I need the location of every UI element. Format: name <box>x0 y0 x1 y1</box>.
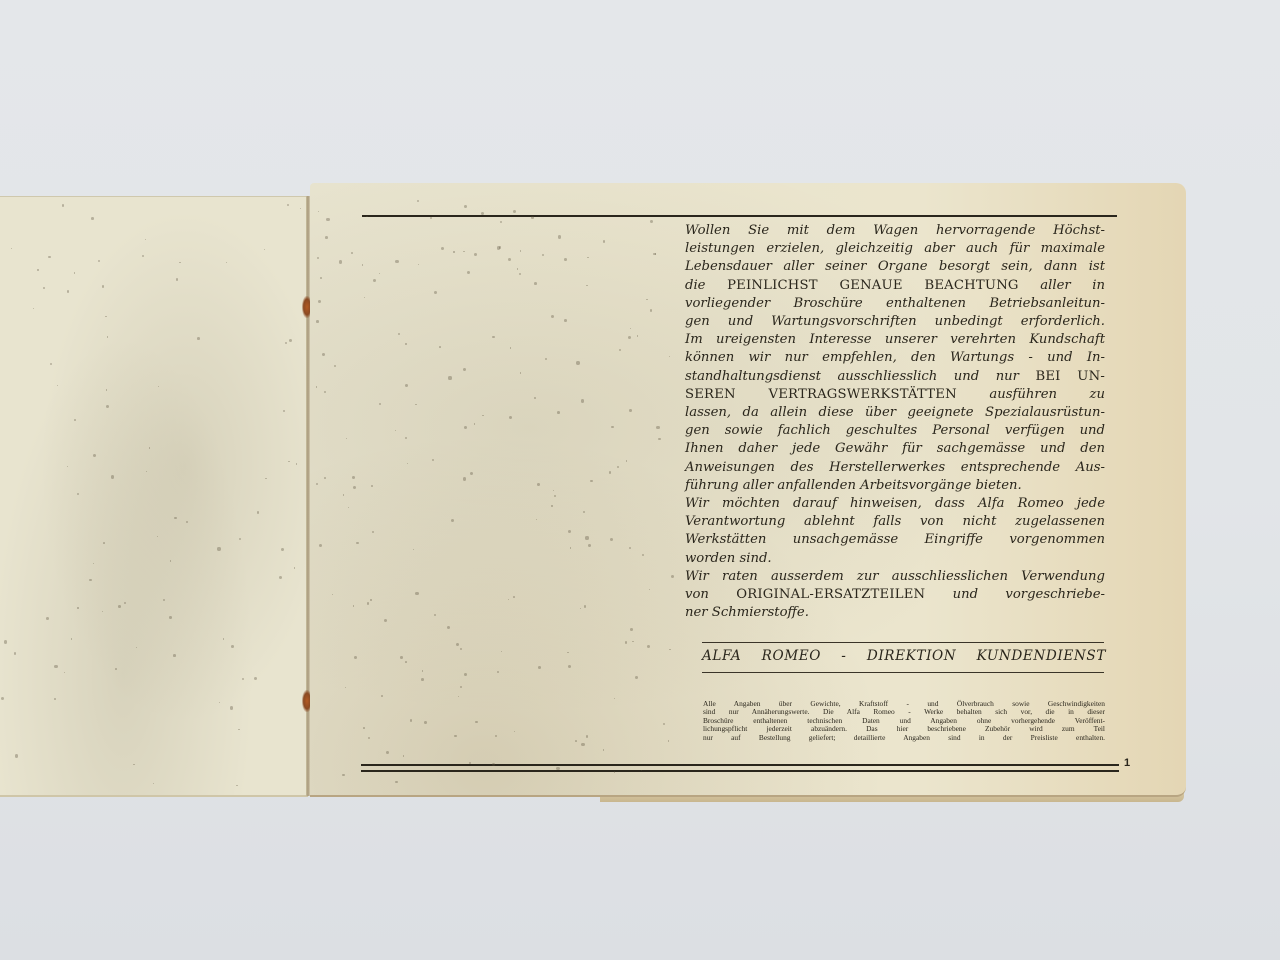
body-line: worden sind. <box>685 550 1105 568</box>
body-line: lassen, da allein diese über geeignete S… <box>685 404 1105 422</box>
body-line: gen und Wartungsvorschriften unbedingt e… <box>685 313 1105 331</box>
header-rule <box>362 215 1117 217</box>
left-page-blank <box>0 196 308 797</box>
signature-rule-top <box>702 642 1104 643</box>
page-number: 1 <box>1124 757 1130 769</box>
disclaimer-footnote: Alle Angaben über Gewichte, Kraftstoff -… <box>703 700 1105 742</box>
body-line: führung aller anfallenden Arbeitsvorgäng… <box>685 477 1105 495</box>
body-line: Wir raten ausserdem zur ausschliessliche… <box>685 568 1105 586</box>
emphasis-caps: BEI UN- <box>1035 369 1105 384</box>
body-line: Anweisungen des Herstellerwerkes entspre… <box>685 459 1105 477</box>
body-line: SEREN VERTRAGSWERKSTÄTTEN ausführen zu <box>685 386 1105 404</box>
footer-rule-2 <box>361 770 1119 772</box>
body-line: Verantwortung ablehnt falls von nicht zu… <box>685 513 1105 531</box>
emphasis-caps: ORIGINAL-ERSATZTEILEN <box>736 587 925 602</box>
signature-line: ALFA ROMEO - DIREKTION KUNDENDIENST <box>702 648 1106 664</box>
body-line: ner Schmierstoffe. <box>685 604 1105 622</box>
body-line: die PEINLICHST GENAUE BEACHTUNG aller in <box>685 277 1105 295</box>
body-line: Ihnen daher jede Gewähr für sachgemässe … <box>685 440 1105 458</box>
footer-rule-1 <box>361 764 1119 766</box>
body-line: von ORIGINAL-ERSATZTEILEN und vorgeschri… <box>685 586 1105 604</box>
body-line: Wollen Sie mit dem Wagen hervorragende H… <box>685 222 1105 240</box>
body-paragraphs: Wollen Sie mit dem Wagen hervorragende H… <box>685 222 1105 622</box>
body-line: standhaltungsdienst ausschliesslich und … <box>685 368 1105 386</box>
body-line: Wir möchten darauf hinweisen, dass Alfa … <box>685 495 1105 513</box>
body-line: gen sowie fachlich geschultes Personal v… <box>685 422 1105 440</box>
body-line: leistungen erzielen, gleichzeitig aber a… <box>685 240 1105 258</box>
body-line: Werkstätten unsachgemässe Eingriffe vorg… <box>685 531 1105 549</box>
body-line: Im ureigensten Interesse unserer verehrt… <box>685 331 1105 349</box>
emphasis-caps: PEINLICHST GENAUE BEACHTUNG <box>727 278 1019 293</box>
disclaimer-line: nur auf Bestellung geliefert; detaillier… <box>703 734 1105 742</box>
body-line: können wir nur empfehlen, den Wartungs -… <box>685 349 1105 367</box>
signature-rule-bottom <box>702 672 1104 673</box>
body-line: vorliegender Broschüre enthaltenen Betri… <box>685 295 1105 313</box>
body-line: Lebensdauer aller seiner Organe besorgt … <box>685 258 1105 276</box>
emphasis-caps: SEREN VERTRAGSWERKSTÄTTEN <box>685 387 957 402</box>
